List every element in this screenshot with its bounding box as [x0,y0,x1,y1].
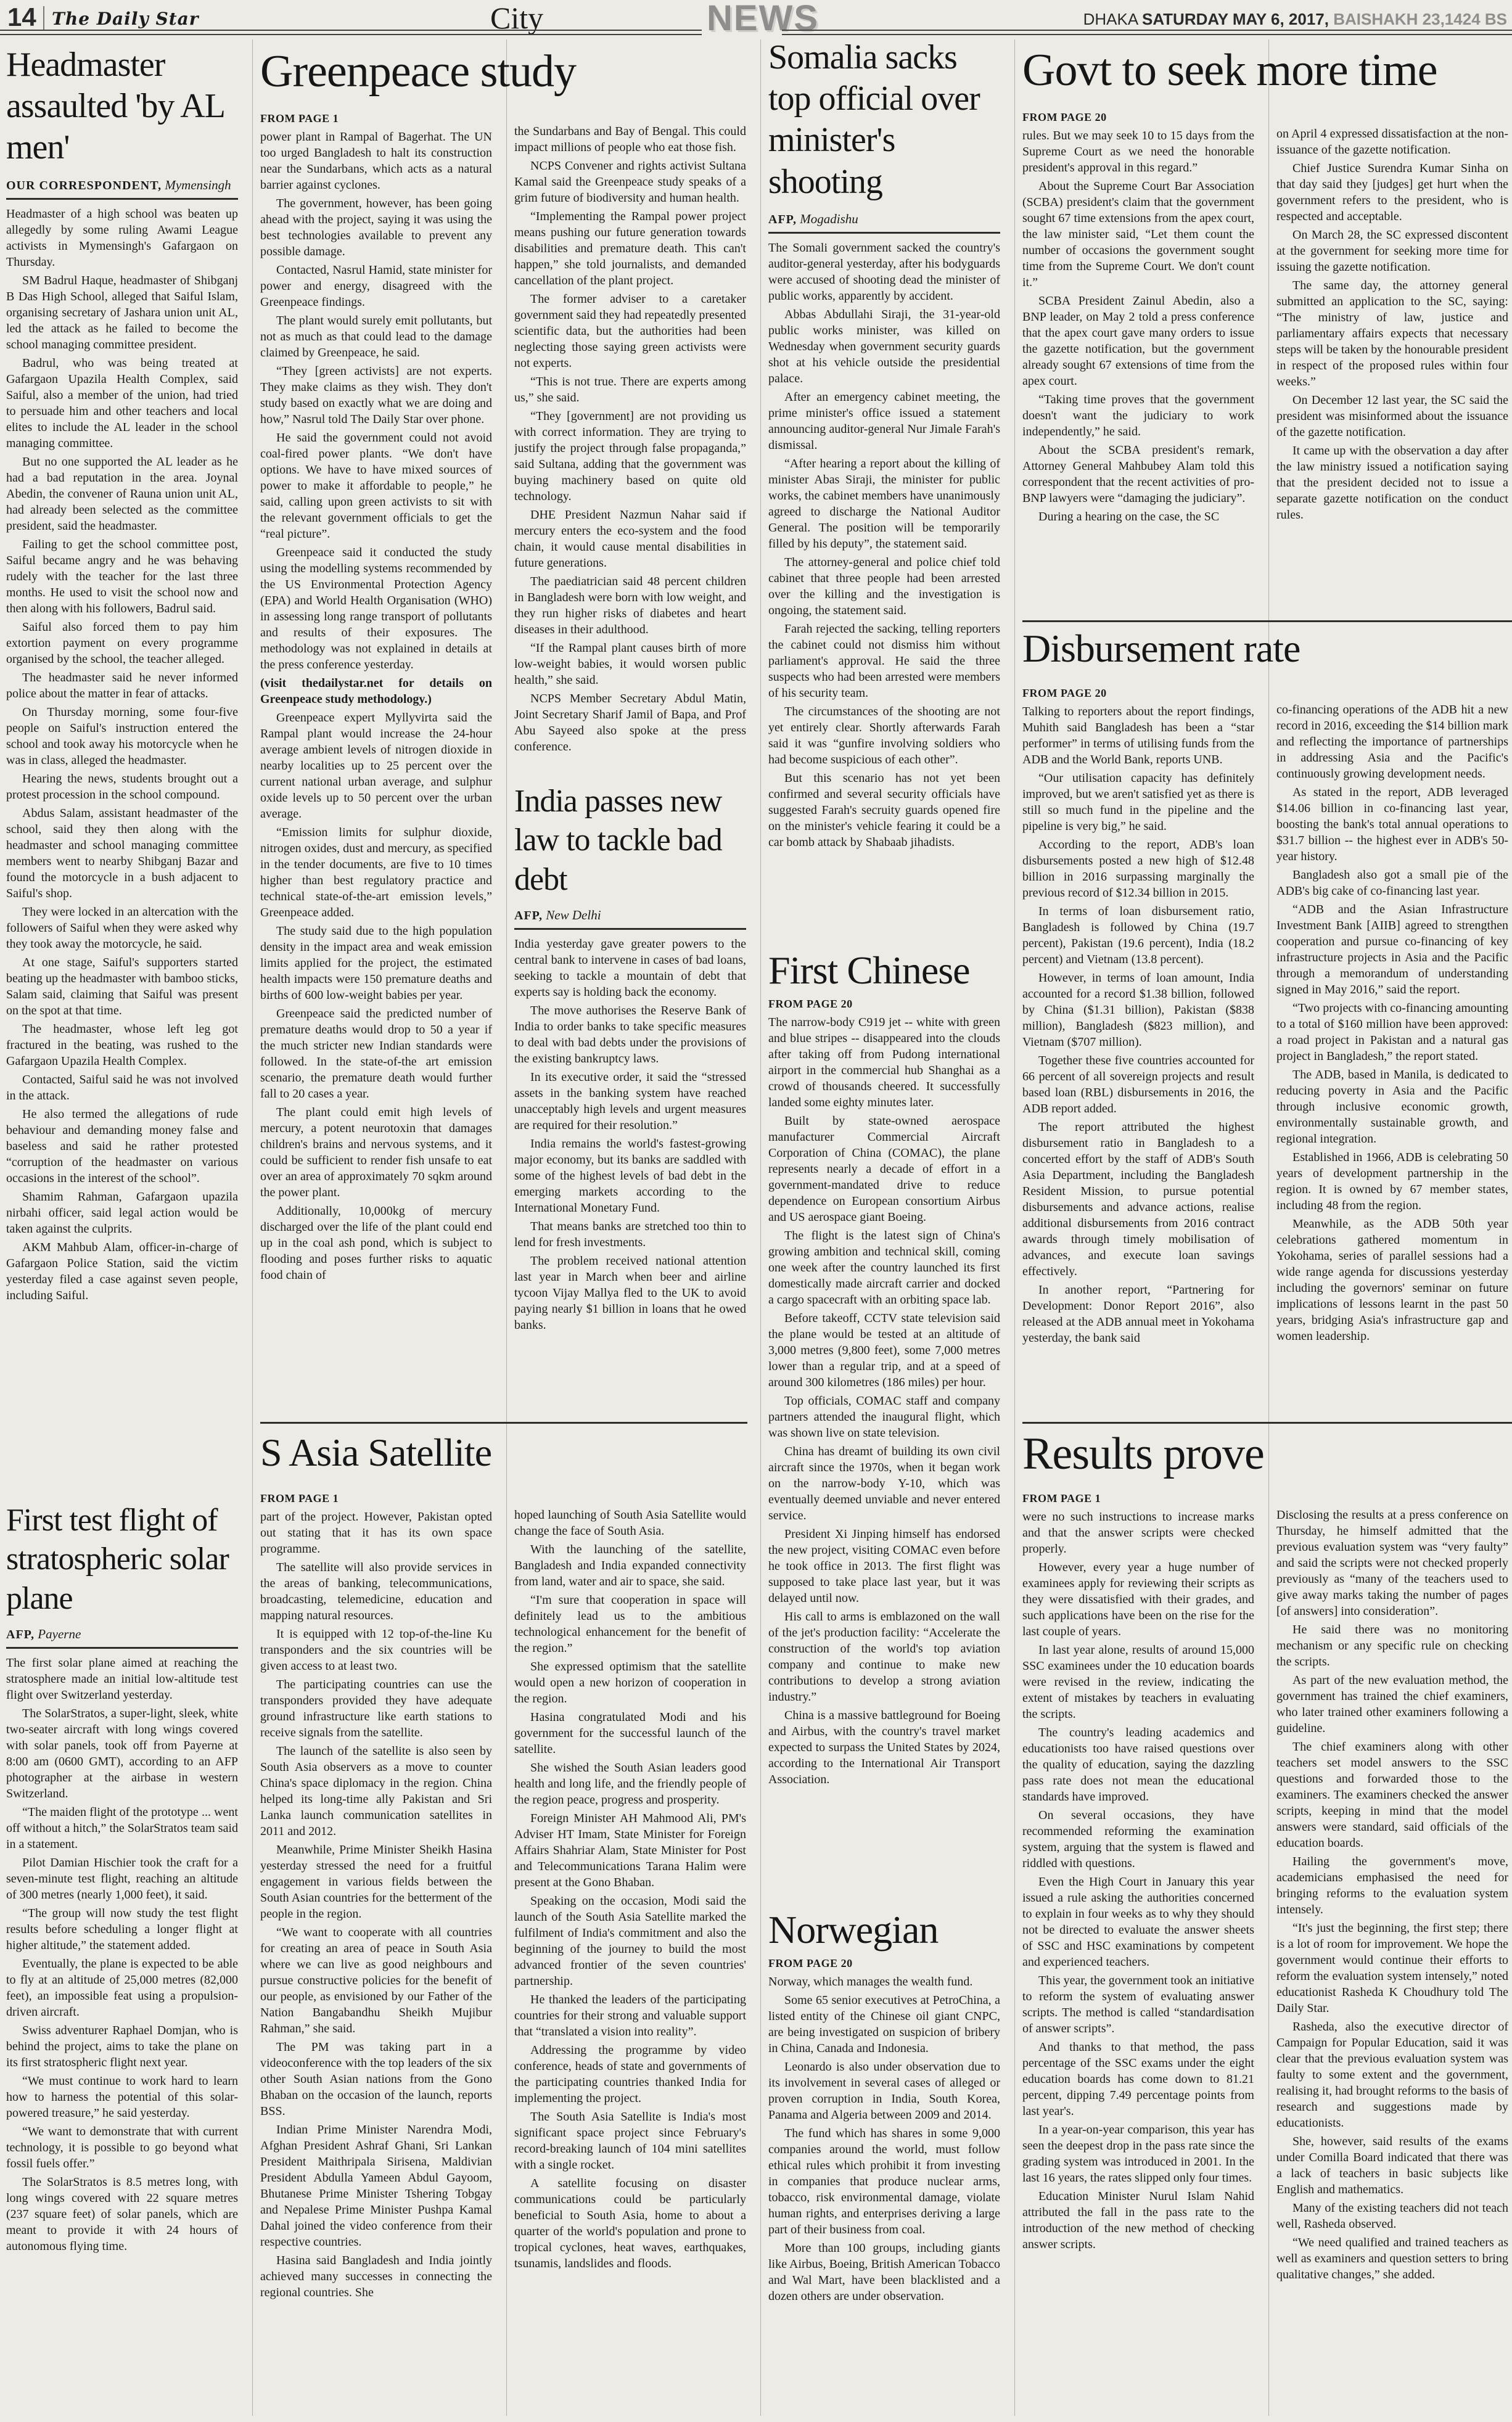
paragraph: Norway, which manages the wealth fund. [768,1974,1000,1990]
paragraph: Contacted, Saiful said he was not involv… [6,1072,238,1104]
article-body: The first solar plane aimed at reaching … [6,1655,238,2254]
paragraph: Top officials, COMAC staff and company p… [768,1393,1000,1441]
paragraph: Speaking on the occasion, Modi said the … [514,1893,746,1989]
article-body: The narrow-body C919 jet -- white with g… [768,1014,1000,1788]
byline: OUR CORRESPONDENT, Mymensingh [6,178,238,193]
paragraph: According to the report, ADB's loan disb… [1022,837,1254,901]
headline-govt-more-time: Govt to seek more time [1022,47,1512,104]
paragraph: “Our utilisation capacity has definitely… [1022,770,1254,834]
article-india-bad-debt: India passes new law to tackle bad debt … [514,782,746,1418]
from-page-label: FROM PAGE 20 [768,998,1000,1011]
paragraph: Some 65 senior executives at PetroChina,… [768,1992,1000,2056]
column-divider [1268,39,1269,2416]
paragraph: Contacted, Nasrul Hamid, state minister … [260,262,492,310]
paragraph: The first solar plane aimed at reaching … [6,1655,238,1703]
article-body: were no such instructions to increase ma… [1022,1509,1254,2252]
masthead-logo: The Daily Star [52,9,199,29]
paragraph: DHE President Nazmun Nahar said if mercu… [514,507,746,571]
paragraph: China is a massive battleground for Boei… [768,1707,1000,1788]
byline-location: Mogadishu [800,211,858,226]
article-first-chinese: First Chinese FROM PAGE 20 The narrow-bo… [768,950,1000,1907]
article-disbursement-col-b: co-financing operations of the ADB hit a… [1276,702,1508,1421]
paragraph: “Implementing the Rampal power project m… [514,208,746,289]
paragraph: Hearing the news, students brought out a… [6,771,238,803]
paragraph: The country's leading academics and educ… [1022,1725,1254,1805]
paragraph: However, in terms of loan amount, India … [1022,970,1254,1050]
byline-source: AFP, [514,909,543,922]
paragraph: NCPS Convener and rights activist Sultan… [514,158,746,206]
paragraph: On several occasions, they have recommen… [1022,1807,1254,1871]
paragraph: Addressing the programme by video confer… [514,2042,746,2106]
section-rule [260,1422,747,1424]
article-body: Disclosing the results at a press confer… [1276,1507,1508,2283]
paragraph: Foreign Minister AH Mahmood Ali, PM's Ad… [514,1810,746,1890]
paragraph: “ADB and the Asian Infrastructure Invest… [1276,901,1508,998]
dateline: DHAKA SATURDAY MAY 6, 2017, BAISHAKH 23,… [1083,10,1507,29]
byline-rule [6,198,238,200]
byline-rule [768,232,1000,234]
paragraph: She wished the South Asian leaders good … [514,1760,746,1808]
paragraph: “We want to demonstrate that with curren… [6,2124,238,2172]
paragraph: Rasheda, also the executive director of … [1276,2019,1508,2131]
from-page-label: FROM PAGE 1 [1022,1492,1254,1505]
header-rule [782,34,1512,35]
paragraph: The move authorises the Reserve Bank of … [514,1003,746,1067]
column-divider [1014,39,1015,2416]
paragraph: NCPS Member Secretary Abdul Matin, Joint… [514,691,746,755]
paragraph: Additionally, 10,000kg of mercury discha… [260,1203,492,1283]
headline-norwegian: Norwegian [768,1909,1000,1951]
paragraph: Eventually, the plane is expected to be … [6,1956,238,2020]
article-greenpeace-col-b: the Sundarbans and Bay of Bengal. This c… [514,123,746,774]
article-body: co-financing operations of the ADB hit a… [1276,702,1508,1344]
paragraph: In its executive order, it said the “str… [514,1069,746,1133]
paragraph: The report attributed the highest disbur… [1022,1119,1254,1279]
paragraph: co-financing operations of the ADB hit a… [1276,702,1508,782]
paragraph: Swiss adventurer Raphael Domjan, who is … [6,2022,238,2071]
article-body: on April 4 expressed dissatisfaction at … [1276,126,1508,523]
paragraph: The study said due to the high populatio… [260,923,492,1003]
article-body: Norway, which manages the wealth fund.So… [768,1974,1000,2304]
paragraph: The problem received national attention … [514,1253,746,1333]
paragraph: That means banks are stretched too thin … [514,1218,746,1250]
paragraph: Abbas Abdullahi Siraji, the 31-year-old … [768,306,1000,387]
paragraph: The narrow-body C919 jet -- white with g… [768,1014,1000,1110]
byline-source: AFP, [768,213,797,226]
paragraph: Talking to reporters about the report fi… [1022,704,1254,768]
article-greenpeace-col-a: FROM PAGE 1 power plant in Rampal of Bag… [260,106,492,1418]
section-rule [1022,620,1512,622]
paragraph: Leonardo is also under observation due t… [768,2059,1000,2123]
paragraph: Education Minister Nurul Islam Nahid att… [1022,2188,1254,2252]
headline-text: Results prove [1022,1431,1512,1478]
paragraph: Before takeoff, CCTV state television sa… [768,1310,1000,1390]
section-rule [1022,1422,1512,1424]
from-page-label: FROM PAGE 1 [260,112,492,125]
paragraph: Greenpeace said the predicted number of … [260,1006,492,1102]
paragraph: With the launching of the satellite, Ban… [514,1541,746,1590]
paragraph: Disclosing the results at a press confer… [1276,1507,1508,1619]
column-divider [252,39,253,2416]
paragraph: “They [green activists] are not experts.… [260,363,492,427]
paragraph: The satellite will also provide services… [260,1559,492,1624]
paragraph: Headmaster of a high school was beaten u… [6,206,238,270]
headline-somalia: Somalia sacks top official over minister… [768,37,1000,203]
dateline-bangla-date: BAISHAKH 23,1424 BS [1333,10,1507,28]
header-rule [0,34,702,35]
article-body: hoped launching of South Asia Satellite … [514,1507,746,2272]
paragraph: “We must continue to work hard to learn … [6,2073,238,2121]
headline-text: S Asia Satellite [260,1432,750,1474]
paragraph: Greenpeace expert Myllyvirta said the Ra… [260,710,492,822]
paragraph: “They [government] are not providing us … [514,408,746,504]
article-govt-col-a: FROM PAGE 20 rules. But we may seek 10 t… [1022,105,1254,619]
paragraph: He also termed the allegations of rude b… [6,1106,238,1186]
paragraph: The chief examiners along with other tea… [1276,1739,1508,1851]
article-satellite-col-b: hoped launching of South Asia Satellite … [514,1507,746,2416]
paragraph: In another report, “Partnering for Devel… [1022,1282,1254,1346]
paragraph: “We want to cooperate with all countries… [260,1924,492,2037]
paragraph: the Sundarbans and Bay of Bengal. This c… [514,123,746,155]
byline-source: OUR CORRESPONDENT, [6,179,162,192]
paragraph: The paediatrician said 48 percent childr… [514,573,746,638]
column-divider [506,39,507,2416]
paragraph: Failing to get the school committee post… [6,536,238,617]
paragraph: rules. But we may seek 10 to 15 days fro… [1022,128,1254,176]
paragraph: He said the government could not avoid c… [260,430,492,542]
paragraph: Chief Justice Surendra Kumar Sinha on th… [1276,160,1508,224]
paragraph: The ADB, based in Manila, is dedicated t… [1276,1067,1508,1147]
paragraph: “The maiden flight of the prototype ... … [6,1804,238,1852]
paragraph: Shamim Rahman, Gafargaon upazila nirbahi… [6,1189,238,1237]
paragraph: The headmaster, whose left leg got fract… [6,1021,238,1069]
paragraph: Meanwhile, Prime Minister Sheikh Hasina … [260,1842,492,1922]
headline-results-prove: Results prove [1022,1431,1512,1485]
paragraph: AKM Mahbub Alam, officer-in-charge of Ga… [6,1239,238,1303]
article-govt-col-b: on April 4 expressed dissatisfaction at … [1276,126,1508,619]
article-somalia: Somalia sacks top official over minister… [768,37,1000,946]
paragraph: The headmaster said he never informed po… [6,670,238,702]
paragraph: Many of the existing teachers did not te… [1276,2200,1508,2232]
paragraph: part of the project. However, Pakistan o… [260,1509,492,1557]
paragraph: The SolarStratos, a super-light, sleek, … [6,1706,238,1802]
paragraph: The former adviser to a caretaker govern… [514,291,746,371]
newspaper-page: 14 The Daily Star City NEWS DHAKA SATURD… [0,0,1512,2422]
headline-first-chinese: First Chinese [768,950,1000,991]
paragraph: Hasina congratulated Modi and his govern… [514,1709,746,1757]
paragraph: SCBA President Zainul Abedin, also a BNP… [1022,293,1254,389]
dateline-city: DHAKA [1083,10,1142,28]
paragraph: The South Asia Satellite is India's most… [514,2109,746,2173]
paragraph: He said there was no monitoring mechanis… [1276,1622,1508,1670]
paragraph: Badrul, who was being treated at Gafarga… [6,355,238,451]
paragraph: The flight is the latest sign of China's… [768,1228,1000,1308]
paragraph: As stated in the report, ADB leveraged $… [1276,784,1508,864]
paragraph: “The group will now study the test fligh… [6,1905,238,1953]
paragraph: Pilot Damian Hischier took the craft for… [6,1855,238,1903]
paragraph: This year, the government took an initia… [1022,1972,1254,2037]
paragraph: After an emergency cabinet meeting, the … [768,389,1000,453]
paragraph: In last year alone, results of around 15… [1022,1642,1254,1722]
byline-location: Payerne [38,1627,81,1641]
paragraph: President Xi Jinping himself has endorse… [768,1526,1000,1606]
paragraph: China has dreamt of building its own civ… [768,1443,1000,1524]
header-rule [0,30,702,31]
article-satellite-col-a: FROM PAGE 1 part of the project. However… [260,1486,492,2416]
header-rule [782,30,1512,31]
paragraph: She, however, said results of the exams … [1276,2133,1508,2198]
paragraph: “This is not true. There are experts amo… [514,374,746,406]
dateline-date: SATURDAY MAY 6, 2017, [1142,10,1333,28]
paragraph: Hailing the government's move, academici… [1276,1853,1508,1918]
byline: AFP, New Delhi [514,908,746,923]
from-page-label: FROM PAGE 20 [1022,111,1254,124]
paragraph: They were locked in an altercation with … [6,904,238,952]
paragraph: “Taking time proves that the government … [1022,392,1254,440]
article-norwegian: Norwegian FROM PAGE 20 Norway, which man… [768,1909,1000,2416]
paragraph: “I'm sure that cooperation in space will… [514,1592,746,1656]
paragraph: The Somali government sacked the country… [768,240,1000,304]
paragraph: Together these five countries accounted … [1022,1053,1254,1117]
byline-source: AFP, [6,1628,35,1641]
paragraph: But this scenario has not yet been confi… [768,770,1000,850]
paragraph: “Emission limits for sulphur dioxide, ni… [260,824,492,921]
paragraph: The government, however, has been going … [260,195,492,260]
paragraph: She expressed optimism that the satellit… [514,1659,746,1707]
paragraph: About the SCBA president's remark, Attor… [1022,442,1254,506]
paragraph: More than 100 groups, including giants l… [768,2240,1000,2304]
paragraph: About the Supreme Court Bar Association … [1022,178,1254,290]
paragraph: India remains the world's fastest-growin… [514,1136,746,1216]
paragraph: SM Badrul Haque, headmaster of Shibganj … [6,273,238,353]
paragraph: Established in 1966, ADB is celebrating … [1276,1149,1508,1213]
article-body: The Somali government sacked the country… [768,240,1000,850]
paragraph: “It's just the beginning, the first step… [1276,1920,1508,2016]
article-body: India yesterday gave greater powers to t… [514,936,746,1333]
section-label: NEWS [707,0,819,39]
paragraph: On Thursday morning, some four-five peop… [6,704,238,768]
paragraph: Indian Prime Minister Narendra Modi, Afg… [260,2122,492,2250]
byline-rule [514,928,746,930]
paragraph: At one stage, Saiful's supporters starte… [6,954,238,1019]
paragraph: Even the High Court in January this year… [1022,1874,1254,1970]
paragraph: The SolarStratos is 8.5 metres long, wit… [6,2174,238,2254]
paragraph: on April 4 expressed dissatisfaction at … [1276,126,1508,158]
paragraph: The launch of the satellite is also seen… [260,1743,492,1839]
paragraph: The same day, the attorney general submi… [1276,277,1508,390]
paragraph: A satellite focusing on disaster communi… [514,2175,746,2272]
headline-disbursement-rate: Disbursement rate [1022,628,1512,681]
paragraph: (visit thedailystar.net for details on G… [260,675,492,707]
paragraph: India yesterday gave greater powers to t… [514,936,746,1000]
paragraph: Saiful also forced them to pay him extor… [6,619,238,667]
paragraph: The PM was taking part in a videoconfere… [260,2039,492,2119]
article-body: part of the project. However, Pakistan o… [260,1509,492,2301]
paragraph: He thanked the leaders of the participat… [514,1992,746,2040]
paragraph: The plant could emit high levels of merc… [260,1104,492,1201]
paragraph: As part of the new evaluation method, th… [1276,1672,1508,1736]
paragraph: Greenpeace said it conducted the study u… [260,544,492,673]
paragraph: And thanks to that method, the pass perc… [1022,2039,1254,2119]
headline-solar-plane: First test flight of stratospheric solar… [6,1501,238,1618]
byline: AFP, Mogadishu [768,211,1000,227]
paragraph: The attorney-general and police chief to… [768,554,1000,618]
paragraph: Bangladesh also got a small pie of the A… [1276,867,1508,899]
headline-india-bad-debt: India passes new law to tackle bad debt [514,782,746,899]
paragraph: “Two projects with co-financing amountin… [1276,1000,1508,1064]
paragraph: Farah rejected the sacking, telling repo… [768,621,1000,701]
article-results-col-b: Disclosing the results at a press confer… [1276,1507,1508,2416]
headline-greenpeace-study: Greenpeace study [260,48,750,104]
paragraph: The participating countries can use the … [260,1677,492,1741]
from-page-label: FROM PAGE 20 [768,1957,1000,1970]
byline-rule [6,1647,238,1649]
byline-location: New Delhi [546,908,601,922]
page-number: 14 [7,2,36,32]
paragraph: “If the Rampal plant causes birth of mor… [514,640,746,688]
article-headmaster-assaulted: Headmaster assaulted 'by AL men' OUR COR… [6,44,238,1495]
paragraph: power plant in Rampal of Bagerhat. The U… [260,129,492,193]
byline-location: Mymensingh [165,178,231,192]
headline-s-asia-satellite: S Asia Satellite [260,1432,750,1484]
paragraph: Abdus Salam, assistant headmaster of the… [6,805,238,901]
paragraph: In a year-on-year comparison, this year … [1022,2122,1254,2186]
paragraph: The circumstances of the shooting are no… [768,704,1000,768]
paragraph: It is equipped with 12 top-of-the-line K… [260,1626,492,1674]
from-page-label: FROM PAGE 20 [1022,687,1254,700]
paragraph: Meanwhile, as the ADB 50th year celebrat… [1276,1216,1508,1344]
paragraph: His call to arms is emblazoned on the wa… [768,1609,1000,1705]
paragraph: Built by state-owned aerospace manufactu… [768,1113,1000,1225]
paragraph: But no one supported the AL leader as he… [6,454,238,534]
paragraph: In terms of loan disbursement ratio, Ban… [1022,903,1254,967]
paragraph: hoped launching of South Asia Satellite … [514,1507,746,1539]
from-page-label: FROM PAGE 1 [260,1492,492,1505]
article-body: power plant in Rampal of Bagerhat. The U… [260,129,492,1283]
byline: AFP, Payerne [6,1627,238,1642]
article-body: the Sundarbans and Bay of Bengal. This c… [514,123,746,755]
header-divider [43,6,44,30]
paragraph: On December 12 last year, the SC said th… [1276,392,1508,440]
headline-text: Disbursement rate [1022,628,1512,670]
paragraph: The fund which has shares in some 9,000 … [768,2125,1000,2238]
article-body: rules. But we may seek 10 to 15 days fro… [1022,128,1254,525]
paragraph: “We need qualified and trained teachers … [1276,2235,1508,2283]
headline-headmaster-assaulted: Headmaster assaulted 'by AL men' [6,44,238,169]
paragraph: However, every year a huge number of exa… [1022,1559,1254,1640]
article-results-col-a: FROM PAGE 1 were no such instructions to… [1022,1486,1254,2416]
paragraph: It came up with the observation a day af… [1276,443,1508,523]
paragraph: “After hearing a report about the killin… [768,456,1000,552]
article-disbursement-col-a: FROM PAGE 20 Talking to reporters about … [1022,681,1254,1421]
paragraph: were no such instructions to increase ma… [1022,1509,1254,1557]
article-body: Headmaster of a high school was beaten u… [6,206,238,1303]
paragraph: On March 28, the SC expressed discontent… [1276,227,1508,275]
paragraph: The plant would surely emit pollutants, … [260,313,492,361]
headline-text: Govt to seek more time [1022,47,1512,94]
article-body: Talking to reporters about the report fi… [1022,704,1254,1346]
column-divider [760,39,761,2416]
article-solar-plane: First test flight of stratospheric solar… [6,1501,238,2416]
paragraph: Hasina said Bangladesh and India jointly… [260,2252,492,2301]
paragraph: During a hearing on the case, the SC [1022,509,1254,525]
headline-text: Greenpeace study [260,48,750,96]
